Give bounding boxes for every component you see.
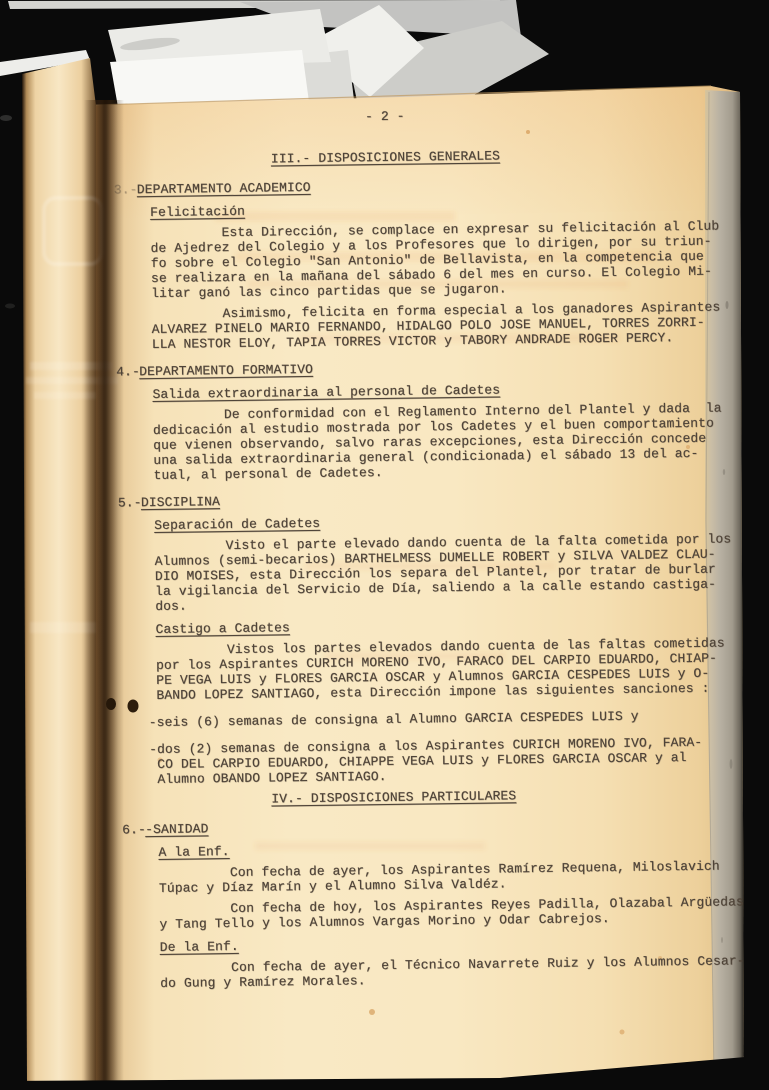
- heading-text: De la Enf.: [160, 939, 239, 955]
- section-number: 4.-: [116, 364, 139, 379]
- punch-hole: [128, 700, 139, 713]
- sanction-item-2: -dos (2) semanas de consigna a los Aspir…: [149, 734, 733, 787]
- punch-hole: [106, 698, 116, 710]
- section-departamento-academico: 3.-DEPARTAMENTO ACADEMICO: [150, 175, 725, 198]
- document-text: - 2 - III.- DISPOSICIONES GENERALES3.-DE…: [149, 97, 736, 991]
- section-number: 3.-: [114, 182, 137, 197]
- subheading-castigo-cadetes: Castigo a Cadetes: [155, 614, 730, 637]
- subheading-felicitacion: Felicitación: [150, 198, 725, 221]
- bed-smudge: [0, 115, 12, 121]
- page-number: - 2 -: [149, 106, 621, 127]
- scanned-document-page: - 2 - III.- DISPOSICIONES GENERALES3.-DE…: [0, 0, 769, 1090]
- paragraph-castigo: Vistos los partes elevados dando cuenta …: [156, 635, 732, 703]
- text-line: -seis (6) semanas de consigna al Alumno …: [149, 707, 732, 730]
- heading-text: Castigo a Cadetes: [155, 620, 290, 637]
- heading-disposiciones-generales: III.- DISPOSICIONES GENERALES: [149, 147, 621, 168]
- section-number: 6.-: [122, 822, 145, 837]
- bed-smudge: [5, 304, 15, 309]
- section-heading-text: DISCIPLINA: [141, 494, 220, 510]
- paragraph-a-la-enf-1: Con fecha de ayer, los Aspirantes Ramíre…: [159, 858, 734, 896]
- paragraph-felicitacion-2: Asimismo, felicita en forma especial a l…: [151, 299, 727, 352]
- heading-text: IV.- DISPOSICIONES PARTICULARES: [271, 788, 516, 806]
- heading-text: Salida extraordinaria al personal de Cad…: [152, 382, 500, 402]
- section-number: 5.-: [118, 495, 141, 510]
- gutter-shadow-core: [94, 100, 118, 1082]
- paragraph-felicitacion-1: Esta Dirección, se complace en expresar …: [150, 219, 726, 302]
- section-sanidad: 6.--SANIDAD: [158, 814, 733, 837]
- sanction-item-1: -seis (6) semanas de consigna al Alumno …: [149, 707, 732, 730]
- heading-disposiciones-particulares: IV.- DISPOSICIONES PARTICULARES: [158, 787, 630, 808]
- section-disciplina: 5.-DISCIPLINA: [154, 487, 729, 510]
- subheading-separacion-cadetes: Separación de Cadetes: [154, 510, 729, 533]
- subheading-de-la-enf: De la Enf.: [160, 932, 735, 955]
- section-heading-text: -SANIDAD: [145, 821, 208, 837]
- section-departamento-formativo: 4.-DEPARTAMENTO FORMATIVO: [152, 356, 727, 379]
- paragraph-a-la-enf-2: Con fecha de hoy, los Aspirantes Reyes P…: [159, 894, 734, 932]
- paragraph-separacion: Visto el parte elevado dando cuenta de l…: [154, 531, 730, 614]
- heading-text: Felicitación: [150, 204, 245, 220]
- subheading-a-la-enf: A la Enf.: [158, 837, 733, 860]
- heading-text: Separación de Cadetes: [154, 516, 320, 533]
- heading-text: A la Enf.: [158, 844, 229, 860]
- subheading-salida-extraordinaria: Salida extraordinaria al personal de Cad…: [152, 379, 727, 402]
- section-heading-text: DEPARTAMENTO FORMATIVO: [139, 362, 313, 379]
- section-heading-text: DEPARTAMENTO ACADEMICO: [137, 180, 311, 197]
- heading-text: III.- DISPOSICIONES GENERALES: [271, 148, 500, 166]
- paragraph-salida: De conformidad con el Reglamento Interno…: [153, 400, 729, 483]
